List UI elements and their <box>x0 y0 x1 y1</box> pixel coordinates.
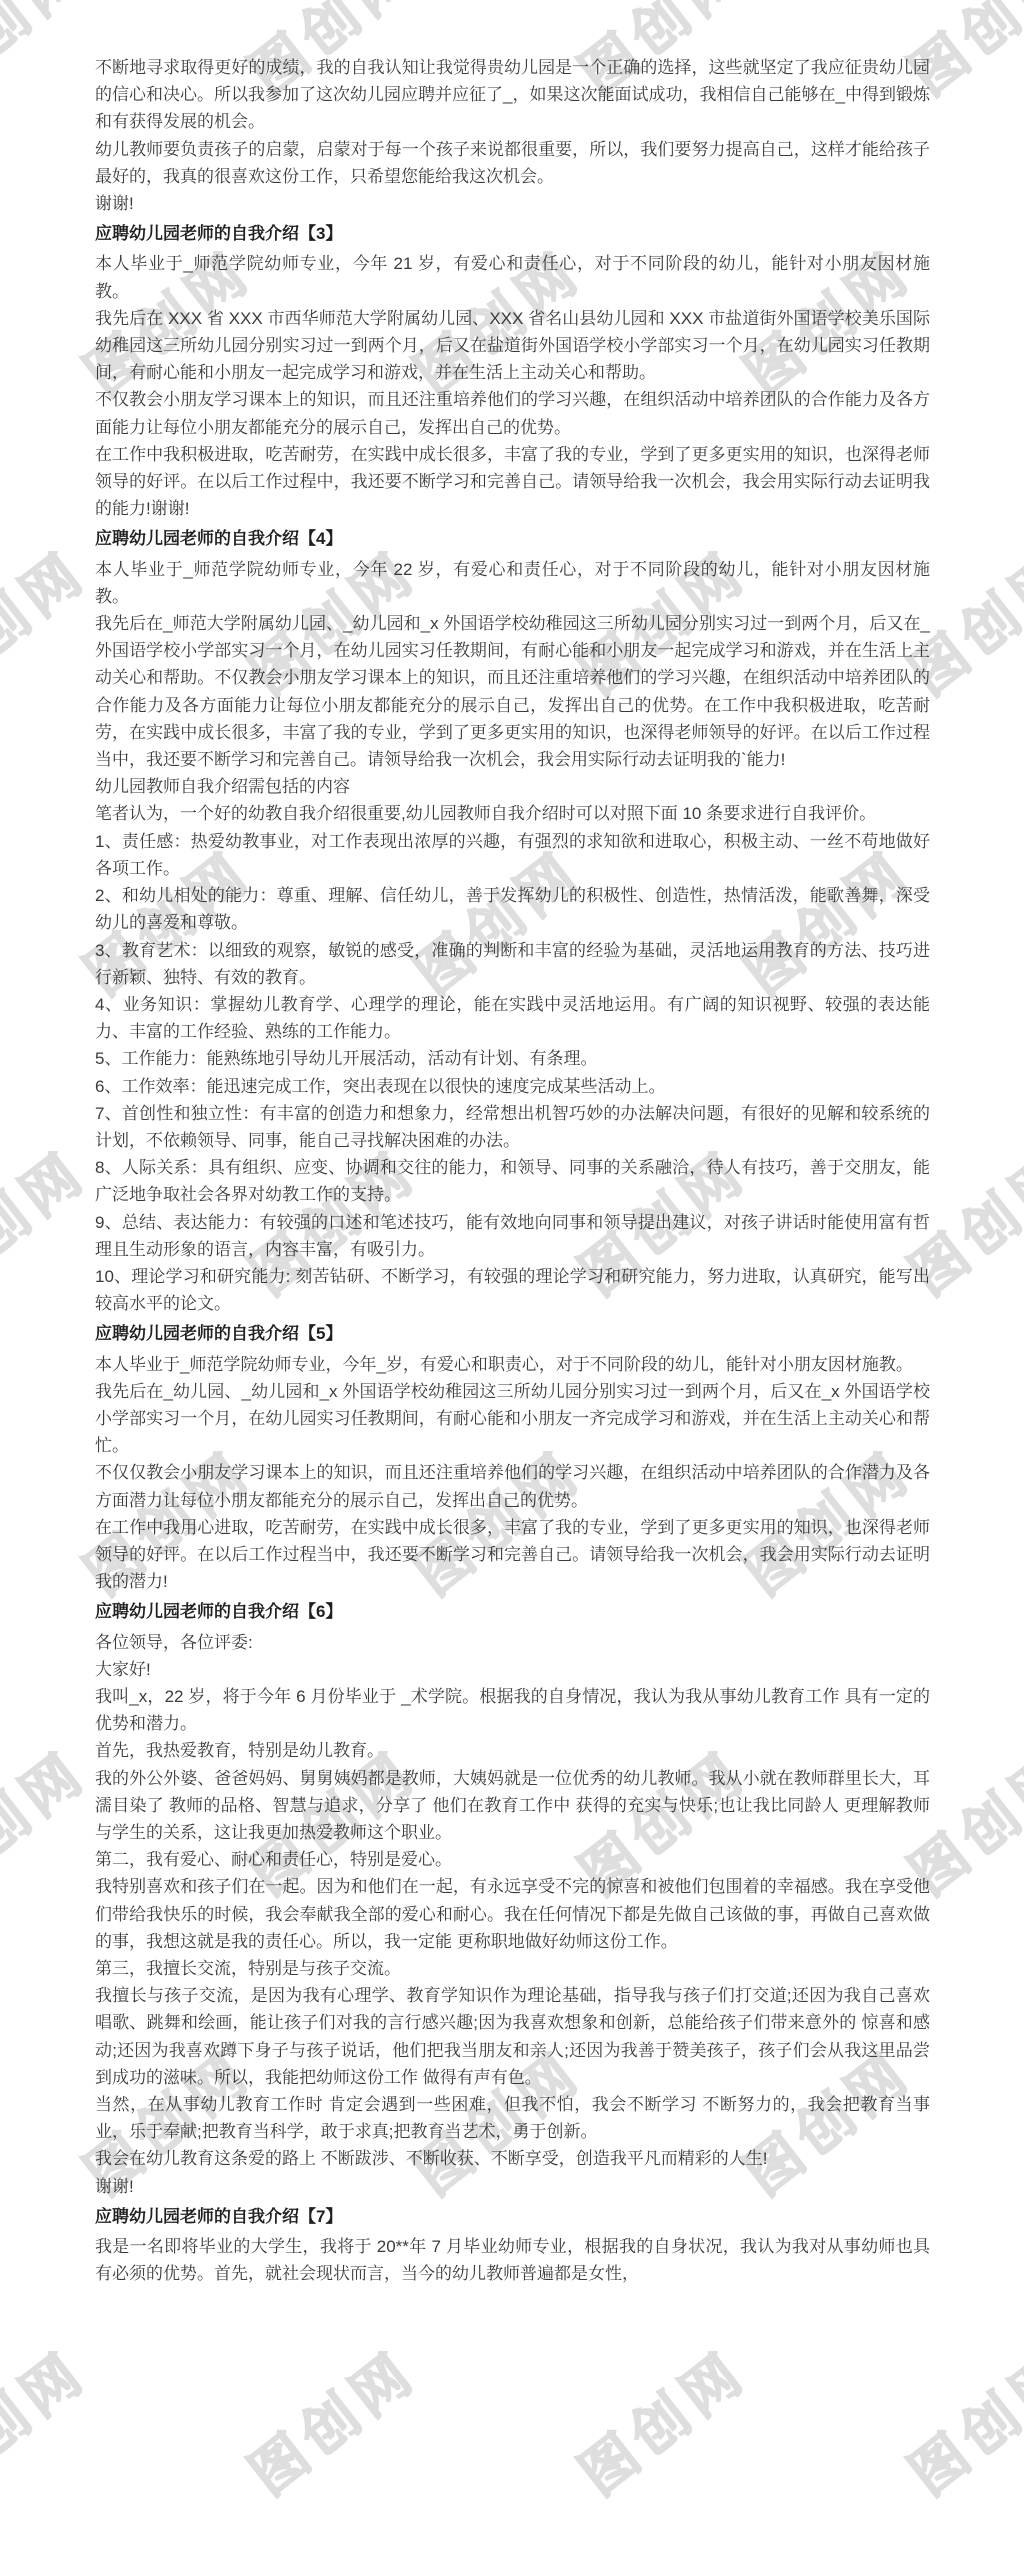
paragraph: 我先后在_师范大学附属幼儿园、_幼儿园和_x 外国语学校幼稚园这三所幼儿园分别实… <box>95 610 930 773</box>
watermark-text: 图创网 <box>0 2329 101 2510</box>
document-body: 不断地寻求取得更好的成绩，我的自我认知让我觉得贵幼儿园是一个正确的选择，这些就坚… <box>0 0 1024 2287</box>
paragraph: 不仅仅教会小朋友学习课本上的知识，而且还注重培养他们的学习兴趣，在组织活动中培养… <box>95 1459 930 1513</box>
paragraph: 第二，我有爱心、耐心和责任心，特别是爱心。 <box>95 1846 930 1873</box>
paragraph: 在工作中我用心进取，吃苦耐劳，在实践中成长很多，丰富了我的专业，学到了更多更实用… <box>95 1514 930 1596</box>
paragraph: 5、工作能力：能熟练地引导幼儿开展活动，活动有计划、有条理。 <box>95 1045 930 1072</box>
paragraph: 我是一名即将毕业的大学生，我将于 20**年 7 月毕业幼师专业，根据我的自身状… <box>95 2233 930 2287</box>
paragraph: 谢谢! <box>95 2173 930 2200</box>
section-heading: 应聘幼儿园老师的自我介绍【4】 <box>95 525 930 552</box>
paragraph: 当然，在从事幼儿教育工作时 肯定会遇到一些困难，但我不怕，我会不断学习 不断努力… <box>95 2091 930 2145</box>
paragraph: 我擅长与孩子交流，是因为我有心理学、教育学知识作为理论基础，指导我与孩子们打交道… <box>95 1982 930 2091</box>
paragraph: 笔者认为，一个好的幼教自我介绍很重要,幼儿园教师自我介绍时可以对照下面 10 条… <box>95 800 930 827</box>
paragraph: 2、和幼儿相处的能力：尊重、理解、信任幼儿，善于发挥幼儿的积极性、创造性，热情活… <box>95 882 930 936</box>
paragraph: 大家好! <box>95 1656 930 1683</box>
section-heading: 应聘幼儿园老师的自我介绍【3】 <box>95 220 930 247</box>
paragraph: 我叫_x，22 岁，将于今年 6 月份毕业于 _术学院。根据我的自身情况，我认为… <box>95 1683 930 1737</box>
paragraph: 8、人际关系：具有组织、应变、协调和交往的能力，和领导、同事的关系融洽，待人有技… <box>95 1154 930 1208</box>
section-heading: 应聘幼儿园老师的自我介绍【6】 <box>95 1598 930 1625</box>
section-heading: 应聘幼儿园老师的自我介绍【7】 <box>95 2203 930 2230</box>
paragraph: 1、责任感：热爱幼教事业，对工作表现出浓厚的兴趣，有强烈的求知欲和进取心，积极主… <box>95 828 930 882</box>
paragraph: 4、业务知识：掌握幼儿教育学、心理学的理论，能在实践中灵活地运用。有广阔的知识视… <box>95 991 930 1045</box>
section-heading: 应聘幼儿园老师的自我介绍【5】 <box>95 1320 930 1347</box>
paragraph: 不断地寻求取得更好的成绩，我的自我认知让我觉得贵幼儿园是一个正确的选择，这些就坚… <box>95 54 930 136</box>
paragraph: 我的外公外婆、爸爸妈妈、舅舅姨妈都是教师，大姨妈就是一位优秀的幼儿教师。我从小就… <box>95 1765 930 1847</box>
paragraph: 不仅教会小朋友学习课本上的知识，而且还注重培养他们的学习兴趣，在组织活动中培养团… <box>95 386 930 440</box>
watermark-text: 图创网 <box>891 2329 1024 2510</box>
paragraph: 本人毕业于_师范学院幼师专业，今年_岁，有爱心和职责心，对于不同阶段的幼儿，能针… <box>95 1351 930 1378</box>
paragraph: 10、理论学习和研究能力: 刻苦钻研、不断学习，有较强的理论学习和研究能力，努力… <box>95 1263 930 1317</box>
paragraph: 3、教育艺术：以细致的观察，敏锐的感受，准确的判断和丰富的经验为基础，灵活地运用… <box>95 937 930 991</box>
watermark-text: 图创网 <box>561 2329 762 2510</box>
paragraph: 我特别喜欢和孩子们在一起。因为和他们在一起，有永远享受不完的惊喜和被他们包围着的… <box>95 1873 930 1955</box>
paragraph: 谢谢! <box>95 190 930 217</box>
paragraph: 首先，我热爱教育，特别是幼儿教育。 <box>95 1737 930 1764</box>
paragraph: 6、工作效率：能迅速完成工作，突出表现在以很快的速度完成某些活动上。 <box>95 1073 930 1100</box>
paragraph: 幼儿教师要负责孩子的启蒙，启蒙对于每一个孩子来说都很重要，所以，我们要努力提高自… <box>95 136 930 190</box>
paragraph: 幼儿园教师自我介绍需包括的内容 <box>95 773 930 800</box>
paragraph: 7、首创性和独立性：有丰富的创造力和想象力，经常想出机智巧妙的办法解决问题，有很… <box>95 1100 930 1154</box>
document-page: 图创网图创网图创网图创网图创网图创网图创网图创网图创网图创网图创网图创网图创网图… <box>0 0 1024 2555</box>
paragraph: 我先后在 XXX 省 XXX 市西华师范大学附属幼儿园、XXX 省名山县幼儿园和… <box>95 305 930 387</box>
paragraph: 在工作中我积极进取，吃苦耐劳，在实践中成长很多，丰富了我的专业，学到了更多更实用… <box>95 441 930 523</box>
paragraph: 我先后在_幼儿园、_幼儿园和_x 外国语学校幼稚园这三所幼儿园分别实习过一到两个… <box>95 1378 930 1460</box>
paragraph: 第三，我擅长交流，特别是与孩子交流。 <box>95 1955 930 1982</box>
watermark-text: 图创网 <box>231 2329 432 2510</box>
paragraph: 本人毕业于_师范学院幼师专业，今年 22 岁，有爱心和责任心，对于不同阶段的幼儿… <box>95 556 930 610</box>
paragraph: 9、总结、表达能力：有较强的口述和笔述技巧，能有效地向同事和领导提出建议，对孩子… <box>95 1209 930 1263</box>
paragraph: 本人毕业于_师范学院幼师专业，今年 21 岁，有爱心和责任心，对于不同阶段的幼儿… <box>95 250 930 304</box>
paragraph: 我会在幼儿教育这条爱的路上 不断跋涉、不断收获、不断享受，创造我平凡而精彩的人生… <box>95 2145 930 2172</box>
paragraph: 各位领导，各位评委: <box>95 1629 930 1656</box>
